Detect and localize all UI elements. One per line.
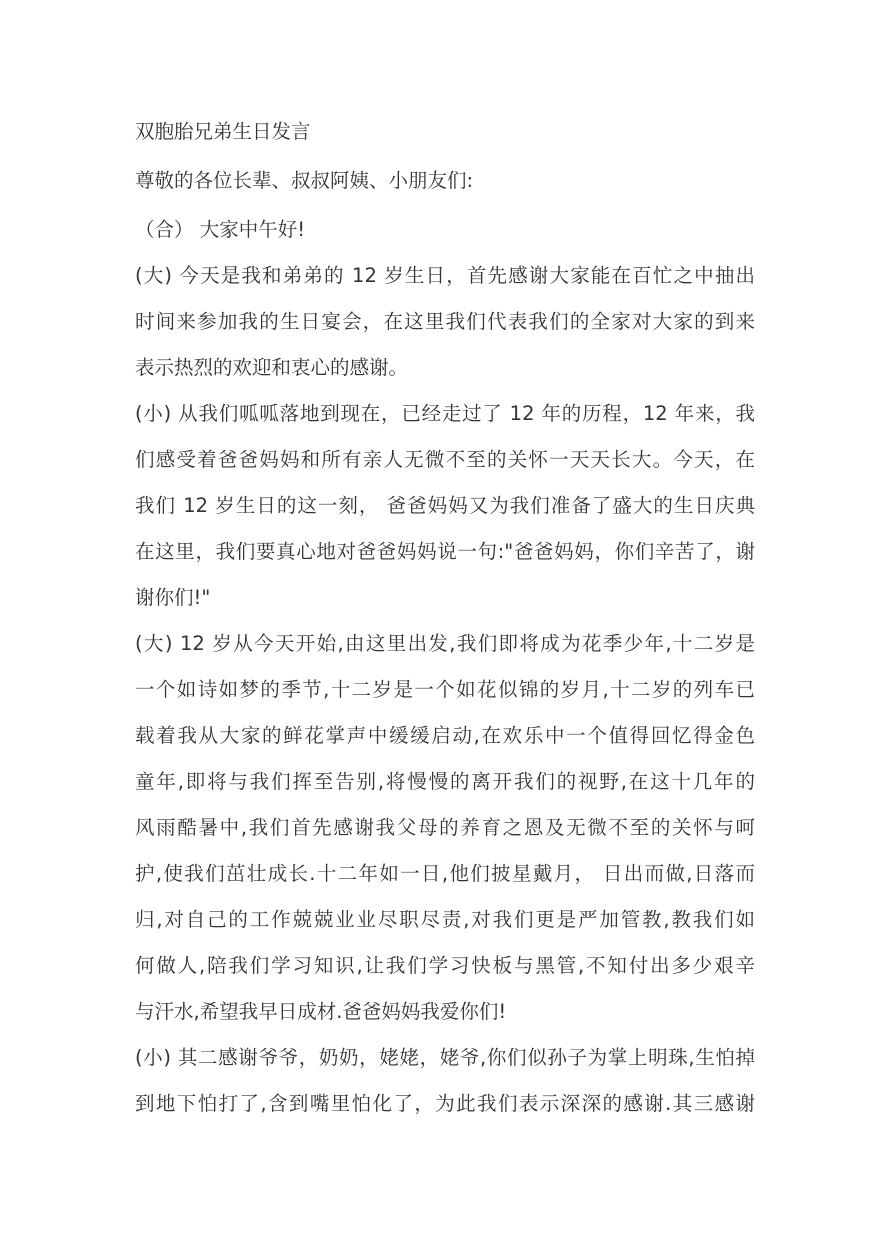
document-title: 双胞胎兄弟生日发言 xyxy=(135,117,755,161)
paragraph-line: 风雨酷暑中,我们首先感谢我父母的养育之恩及无微不至的关怀与呵 xyxy=(135,805,755,851)
paragraph-line: (大) 12 岁从今天开始,由这里出发,我们即将成为花季少年,十二岁是 xyxy=(135,621,755,667)
paragraph-line: 护,使我们茁壮成长.十二年如一日,他们披星戴月， 日出而做,日落而 xyxy=(135,851,755,897)
paragraph-line: 一个如诗如梦的季节,十二岁是一个如花似锦的岁月,十二岁的列车已 xyxy=(135,667,755,713)
opening-greeting-line: （合） 大家中午好! xyxy=(135,207,755,253)
paragraph-line: 童年,即将与我们挥至告别,将慢慢的离开我们的视野,在这十几年的 xyxy=(135,759,755,805)
paragraph-line: (大) 今天是我和弟弟的 12 岁生日，首先感谢大家能在百忙之中抽出 xyxy=(135,253,755,299)
paragraph-line: 时间来参加我的生日宴会，在这里我们代表我们的全家对大家的到来 xyxy=(135,299,755,345)
paragraph-line: 我们 12 岁生日的这一刻， 爸爸妈妈又为我们准备了盛大的生日庆典 xyxy=(135,483,755,529)
paragraph-line: 到地下怕打了,含到嘴里怕化了，为此我们表示深深的感谢.其三感谢 xyxy=(135,1081,755,1127)
paragraph-line: (小) 其二感谢爷爷，奶奶，姥姥，姥爷,你们似孙子为掌上明珠,生怕掉 xyxy=(135,1035,755,1081)
paragraph-line: 载着我从大家的鲜花掌声中缓缓启动,在欢乐中一个值得回忆得金色 xyxy=(135,713,755,759)
paragraph-line: 们感受着爸爸妈妈和所有亲人无微不至的关怀一天天长大。今天，在 xyxy=(135,437,755,483)
paragraph-line: 表示热烈的欢迎和衷心的感谢。 xyxy=(135,345,755,391)
paragraph-line: (小) 从我们呱呱落地到现在，已经走过了 12 年的历程，12 年来，我 xyxy=(135,391,755,437)
paragraph-line: 与汗水,希望我早日成材.爸爸妈妈我爱你们! xyxy=(135,989,755,1035)
paragraph-line: 在这里，我们要真心地对爸爸妈妈说一句:"爸爸妈妈，你们辛苦了，谢 xyxy=(135,529,755,575)
paragraph-line: 何做人,陪我们学习知识,让我们学习快板与黑管,不知付出多少艰辛 xyxy=(135,943,755,989)
paragraph-line: 归,对自己的工作兢兢业业尽职尽责,对我们更是严加管教,教我们如 xyxy=(135,897,755,943)
salutation-line: 尊敬的各位长辈、叔叔阿姨、小朋友们: xyxy=(135,161,755,207)
document-page: 双胞胎兄弟生日发言 尊敬的各位长辈、叔叔阿姨、小朋友们: （合） 大家中午好! … xyxy=(135,117,755,1127)
paragraph-line: 谢你们!" xyxy=(135,575,755,621)
